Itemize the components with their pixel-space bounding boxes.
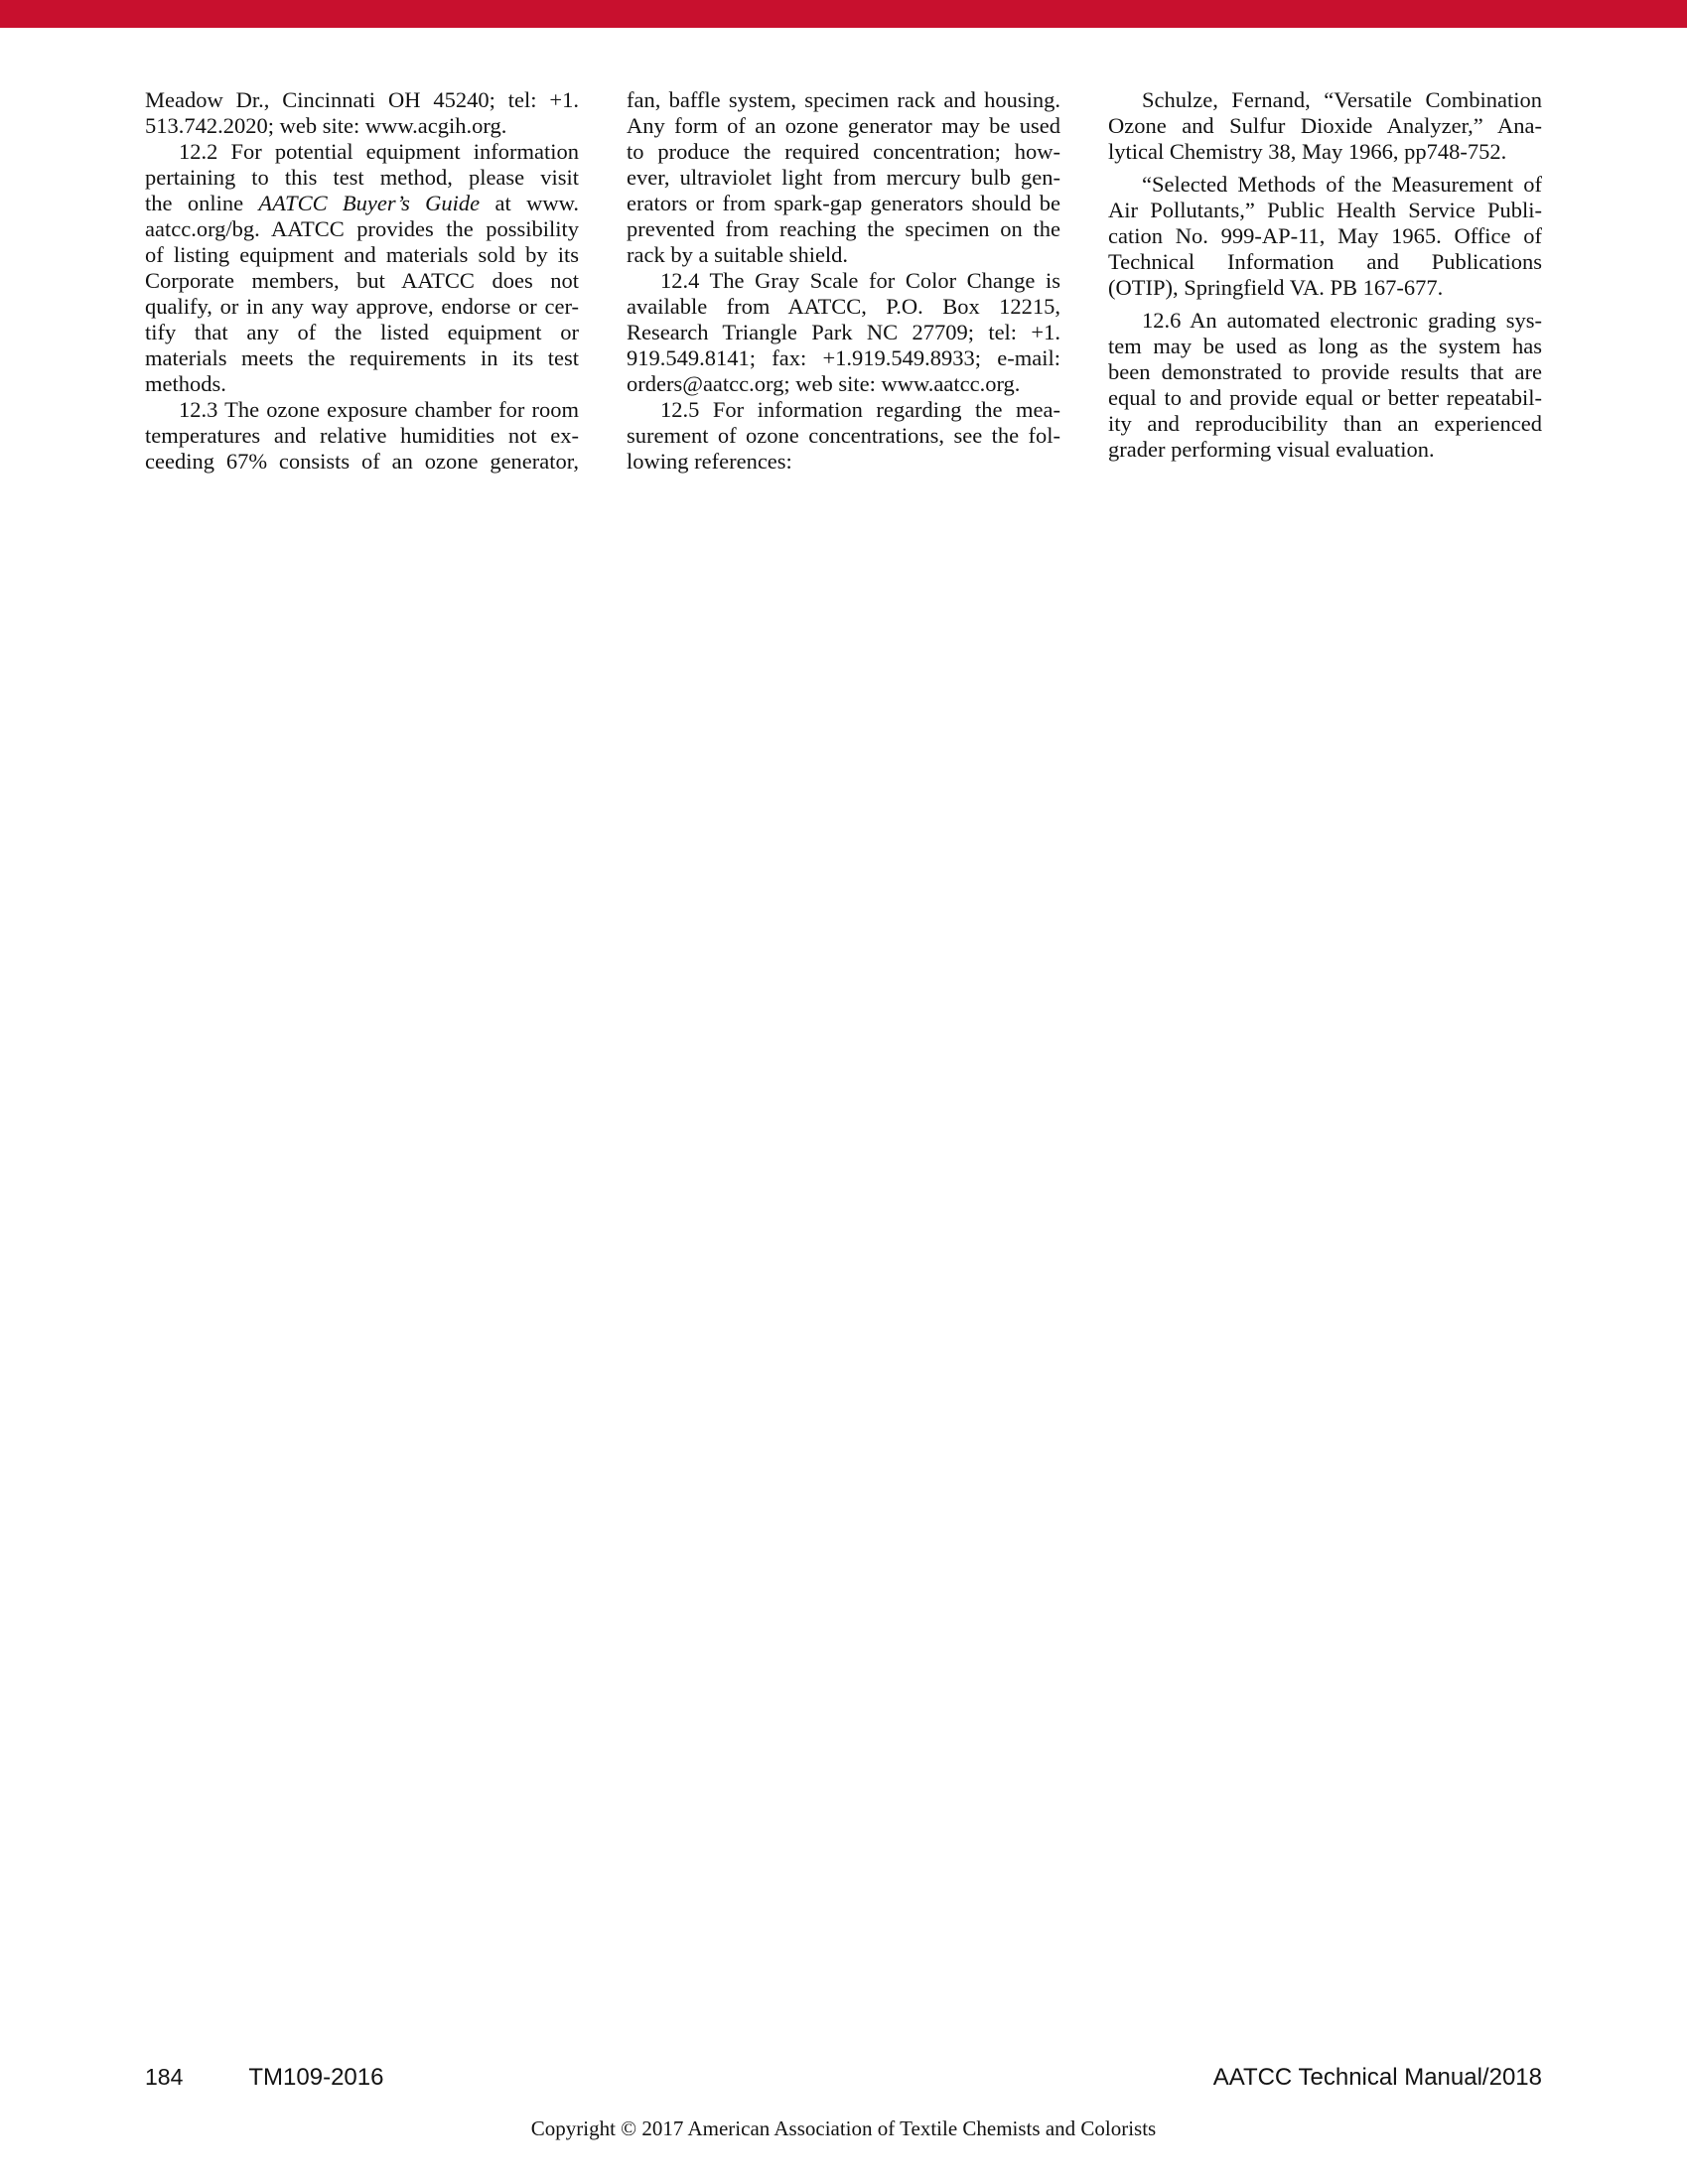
- footer-page-number: 184: [145, 2064, 183, 2091]
- text-line: ceeding 67% consists of an ozone generat…: [145, 449, 579, 475]
- footer-copyright: Copyright © 2017 American Association of…: [0, 2116, 1687, 2141]
- text-line: aatcc.org/bg. AATCC provides the possibi…: [145, 216, 579, 242]
- text-line: rack by a suitable shield.: [627, 242, 1060, 268]
- text-column-3: Schulze, Fernand, “Versatile Combination…: [1108, 87, 1542, 475]
- text-line: grader performing visual evaluation.: [1108, 437, 1542, 463]
- text-line: 12.4 The Gray Scale for Color Change is: [627, 268, 1060, 294]
- text-line: Research Triangle Park NC 27709; tel: +1…: [627, 320, 1060, 345]
- text-line: ever, ultraviolet light from mercury bul…: [627, 165, 1060, 191]
- text-line: 513.742.2020; web site: www.acgih.org.: [145, 113, 579, 139]
- text-line: to produce the required concentration; h…: [627, 139, 1060, 165]
- paragraph: fan, baffle system, specimen rack and ho…: [627, 87, 1060, 268]
- paragraph: 12.3 The ozone exposure chamber for room…: [145, 397, 579, 475]
- footer-manual-title: AATCC Technical Manual/2018: [1213, 2064, 1542, 2092]
- paragraph: 12.2 For potential equipment information…: [145, 139, 579, 397]
- text-column-1: Meadow Dr., Cincinnati OH 45240; tel: +1…: [145, 87, 579, 475]
- text-line: erators or from spark-gap generators sho…: [627, 191, 1060, 216]
- text-line: qualify, or in any way approve, endorse …: [145, 294, 579, 320]
- text-line: 12.6 An automated electronic grading sys…: [1108, 308, 1542, 334]
- text-line: (OTIP), Springfield VA. PB 167-677.: [1108, 275, 1542, 301]
- text-line: 919.549.8141; fax: +1.919.549.8933; e-ma…: [627, 345, 1060, 371]
- footer-method-code: TM109-2016: [248, 2064, 383, 2092]
- text-column-2: fan, baffle system, specimen rack and ho…: [627, 87, 1060, 475]
- paragraph: 12.6 An automated electronic grading sys…: [1108, 308, 1542, 463]
- text-line: temperatures and relative humidities not…: [145, 423, 579, 449]
- text-line: cation No. 999-AP-11, May 1965. Office o…: [1108, 223, 1542, 249]
- text-line: tify that any of the listed equipment or: [145, 320, 579, 345]
- text-line: of listing equipment and materials sold …: [145, 242, 579, 268]
- text-line: Ozone and Sulfur Dioxide Analyzer,” Ana-: [1108, 113, 1542, 139]
- text-line: surement of ozone concentrations, see th…: [627, 423, 1060, 449]
- text-line: materials meets the requirements in its …: [145, 345, 579, 371]
- text-line: “Selected Methods of the Measurement of: [1108, 172, 1542, 198]
- text-line: prevented from reaching the specimen on …: [627, 216, 1060, 242]
- text-line: tem may be used as long as the system ha…: [1108, 334, 1542, 359]
- text-line: Technical Information and Publications: [1108, 249, 1542, 275]
- text-line: lowing references:: [627, 449, 1060, 475]
- paragraph: 12.5 For information regarding the mea-s…: [627, 397, 1060, 475]
- document-body: Meadow Dr., Cincinnati OH 45240; tel: +1…: [145, 87, 1542, 475]
- text-line: ity and reproducibility than an experien…: [1108, 411, 1542, 437]
- text-line: Schulze, Fernand, “Versatile Combination: [1108, 87, 1542, 113]
- text-line: Any form of an ozone generator may be us…: [627, 113, 1060, 139]
- text-line: Meadow Dr., Cincinnati OH 45240; tel: +1…: [145, 87, 579, 113]
- text-line: Corporate members, but AATCC does not: [145, 268, 579, 294]
- paragraph: “Selected Methods of the Measurement ofA…: [1108, 172, 1542, 301]
- page: { "page": { "accent_bar_color": "#c8102e…: [0, 0, 1687, 2184]
- text-line: pertaining to this test method, please v…: [145, 165, 579, 191]
- footer: 184 TM109-2016 AATCC Technical Manual/20…: [145, 2064, 1542, 2092]
- text-line: Air Pollutants,” Public Health Service P…: [1108, 198, 1542, 223]
- text-line: methods.: [145, 371, 579, 397]
- text-line: 12.3 The ozone exposure chamber for room: [145, 397, 579, 423]
- text-line: the online AATCC Buyer’s Guide at www.: [145, 191, 579, 216]
- text-line: lytical Chemistry 38, May 1966, pp748-75…: [1108, 139, 1542, 165]
- text-line: fan, baffle system, specimen rack and ho…: [627, 87, 1060, 113]
- text-line: orders@aatcc.org; web site: www.aatcc.or…: [627, 371, 1060, 397]
- text-line: been demonstrated to provide results tha…: [1108, 359, 1542, 385]
- top-accent-bar: [0, 0, 1687, 28]
- text-line: 12.5 For information regarding the mea-: [627, 397, 1060, 423]
- text-line: equal to and provide equal or better rep…: [1108, 385, 1542, 411]
- paragraph: 12.4 The Gray Scale for Color Change isa…: [627, 268, 1060, 397]
- paragraph: Schulze, Fernand, “Versatile Combination…: [1108, 87, 1542, 165]
- text-line: available from AATCC, P.O. Box 12215,: [627, 294, 1060, 320]
- text-line: 12.2 For potential equipment information: [145, 139, 579, 165]
- italic-text: AATCC Buyer’s Guide: [258, 191, 480, 215]
- paragraph: Meadow Dr., Cincinnati OH 45240; tel: +1…: [145, 87, 579, 139]
